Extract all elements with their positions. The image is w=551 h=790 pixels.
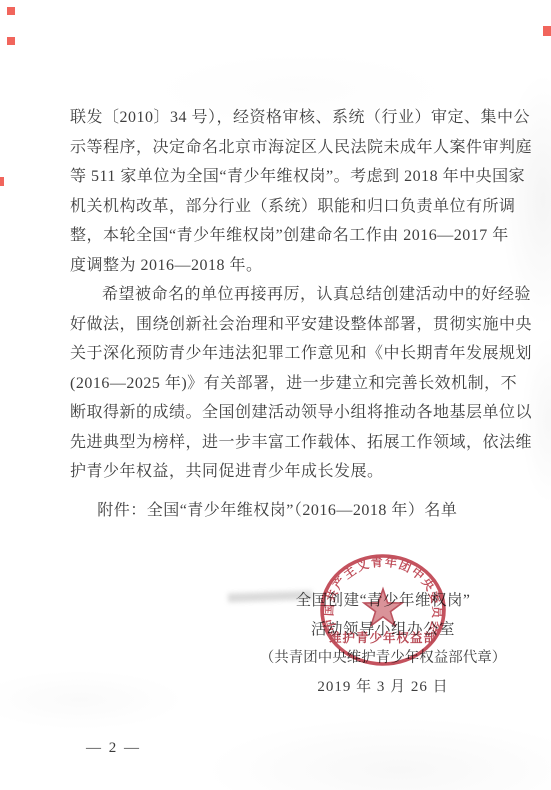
body-line: 示等程序，决定命名北京市海淀区人民法院未成年人案件审判庭 <box>70 133 498 163</box>
body-line: 度调整为 2016—2018 年。 <box>70 251 498 281</box>
body-line: 关于深化预防青少年违法犯罪工作意见和《中长期青年发展规划 <box>70 339 498 369</box>
document-body: 联发〔2010〕34 号），经资格审核、系统（行业）审定、集中公 示等程序，决定… <box>70 103 498 487</box>
official-seal: 中国共产主义青年团中央委员会 维护青少年权益部 <box>317 552 449 672</box>
seal-banner-text: 维护青少年权益部 <box>317 628 449 646</box>
body-line: (2016—2025 年)》有关部署，进一步建立和完善长效机制，不 <box>70 369 498 399</box>
scan-artifact <box>7 37 15 45</box>
body-line: 护青少年权益，共同促进青少年成长发展。 <box>70 457 498 487</box>
body-line: 先进典型为榜样，进一步丰富工作载体、拓展工作领域，依法维 <box>70 428 498 458</box>
scan-artifact <box>7 7 15 15</box>
seal-star-icon <box>364 589 402 626</box>
attachment-line: 附件：全国“青少年维权岗”（2016—2018 年）名单 <box>70 496 498 526</box>
body-line: 整，本轮全国“青少年维权岗”创建命名工作由 2016—2017 年 <box>70 221 498 251</box>
body-line: 断取得新的成绩。全国创建活动领导小组将推动各地基层单位以 <box>70 398 498 428</box>
seal-graphic: 中国共产主义青年团中央委员会 <box>317 552 449 672</box>
page-number: — 2 — <box>86 738 141 758</box>
scan-artifact <box>0 177 4 186</box>
scanned-document-page: 联发〔2010〕34 号），经资格审核、系统（行业）审定、集中公 示等程序，决定… <box>0 0 551 790</box>
body-line: 等 511 家单位为全国“青少年维权岗”。考虑到 2018 年中央国家 <box>70 162 498 192</box>
body-line: 机关机构改革，部分行业（系统）职能和归口负责单位有所调 <box>70 192 498 222</box>
body-line: 希望被命名的单位再接再厉，认真总结创建活动中的好经验 <box>70 280 498 310</box>
body-line: 联发〔2010〕34 号），经资格审核、系统（行业）审定、集中公 <box>70 103 498 133</box>
body-line: 好做法，围绕创新社会治理和平安建设整体部署，贯彻实施中央 <box>70 310 498 340</box>
scan-artifact <box>543 26 551 36</box>
signature-date: 2019 年 3 月 26 日 <box>230 673 536 702</box>
